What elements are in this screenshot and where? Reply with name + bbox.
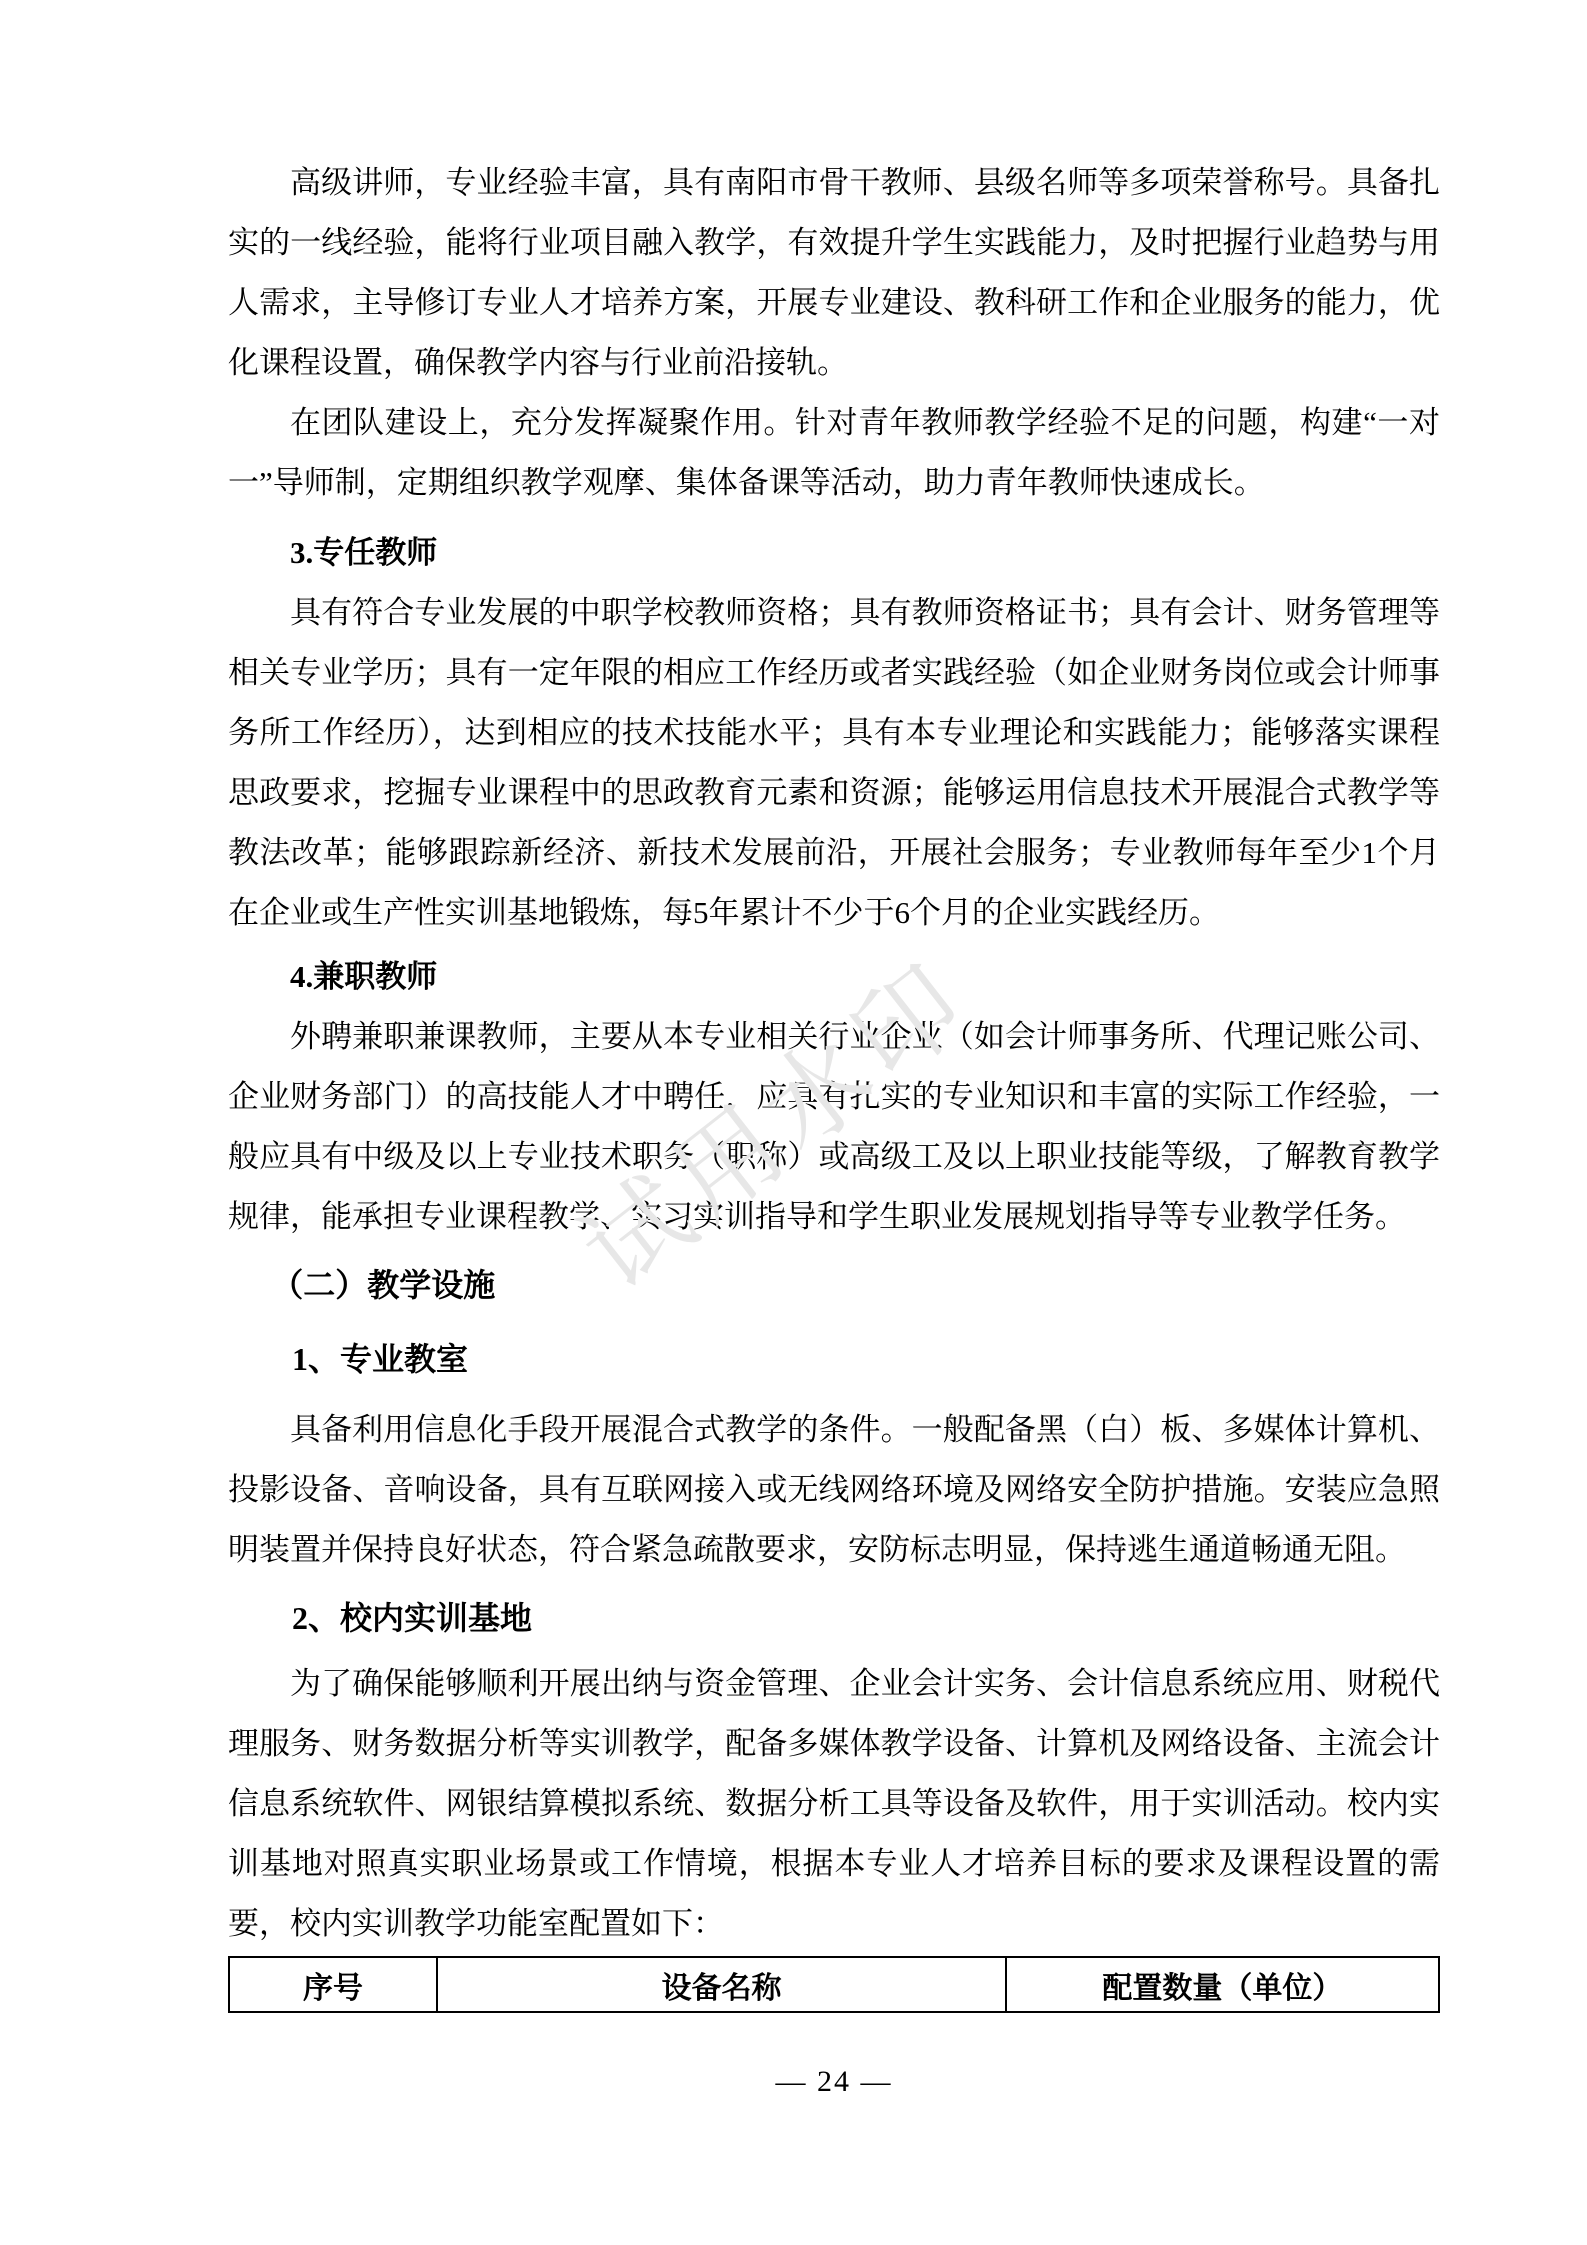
document-page: 试用水印 高级讲师，专业经验丰富，具有南阳市骨干教师、县级名师等多项荣誉称号。具… (0, 0, 1587, 2245)
paragraph-campus-training-base: 为了确保能够顺利开展出纳与资金管理、企业会计实务、会计信息系统应用、财税代理服务… (228, 1654, 1440, 1954)
paragraph-parttime-teachers: 外聘兼职兼课教师，主要从本专业相关行业企业（如会计师事务所、代理记账公司、企业财… (228, 1007, 1440, 1247)
page-content: 高级讲师，专业经验丰富，具有南阳市骨干教师、县级名师等多项荣誉称号。具备扎实的一… (228, 153, 1440, 2013)
heading-parttime-teachers: 4.兼职教师 (228, 947, 1440, 1007)
equipment-config-table: 序号 设备名称 配置数量（单位） (228, 1956, 1440, 2013)
paragraph-professional-classroom: 具备利用信息化手段开展混合式教学的条件。一般配备黑（白）板、多媒体计算机、投影设… (228, 1400, 1440, 1580)
page-number: — 24 — (228, 2062, 1440, 2102)
heading-campus-training-base: 2、校内实训基地 (228, 1588, 1440, 1648)
table-header-serial-number: 序号 (229, 1957, 437, 2012)
paragraph-senior-lecturer: 高级讲师，专业经验丰富，具有南阳市骨干教师、县级名师等多项荣誉称号。具备扎实的一… (228, 153, 1440, 393)
table-header-config-quantity: 配置数量（单位） (1006, 1957, 1439, 2012)
heading-professional-classroom: 1、专业教室 (228, 1329, 1440, 1389)
paragraph-team-building: 在团队建设上，充分发挥凝聚作用。针对青年教师教学经验不足的问题，构建“一对一”导… (228, 393, 1440, 513)
table-header-equipment-name: 设备名称 (437, 1957, 1006, 2012)
heading-teaching-facilities: （二）教学设施 (228, 1255, 1440, 1315)
paragraph-fulltime-teachers: 具有符合专业发展的中职学校教师资格；具有教师资格证书；具有会计、财务管理等相关专… (228, 583, 1440, 943)
heading-fulltime-teachers: 3.专任教师 (228, 523, 1440, 583)
table-header-row: 序号 设备名称 配置数量（单位） (229, 1957, 1439, 2012)
